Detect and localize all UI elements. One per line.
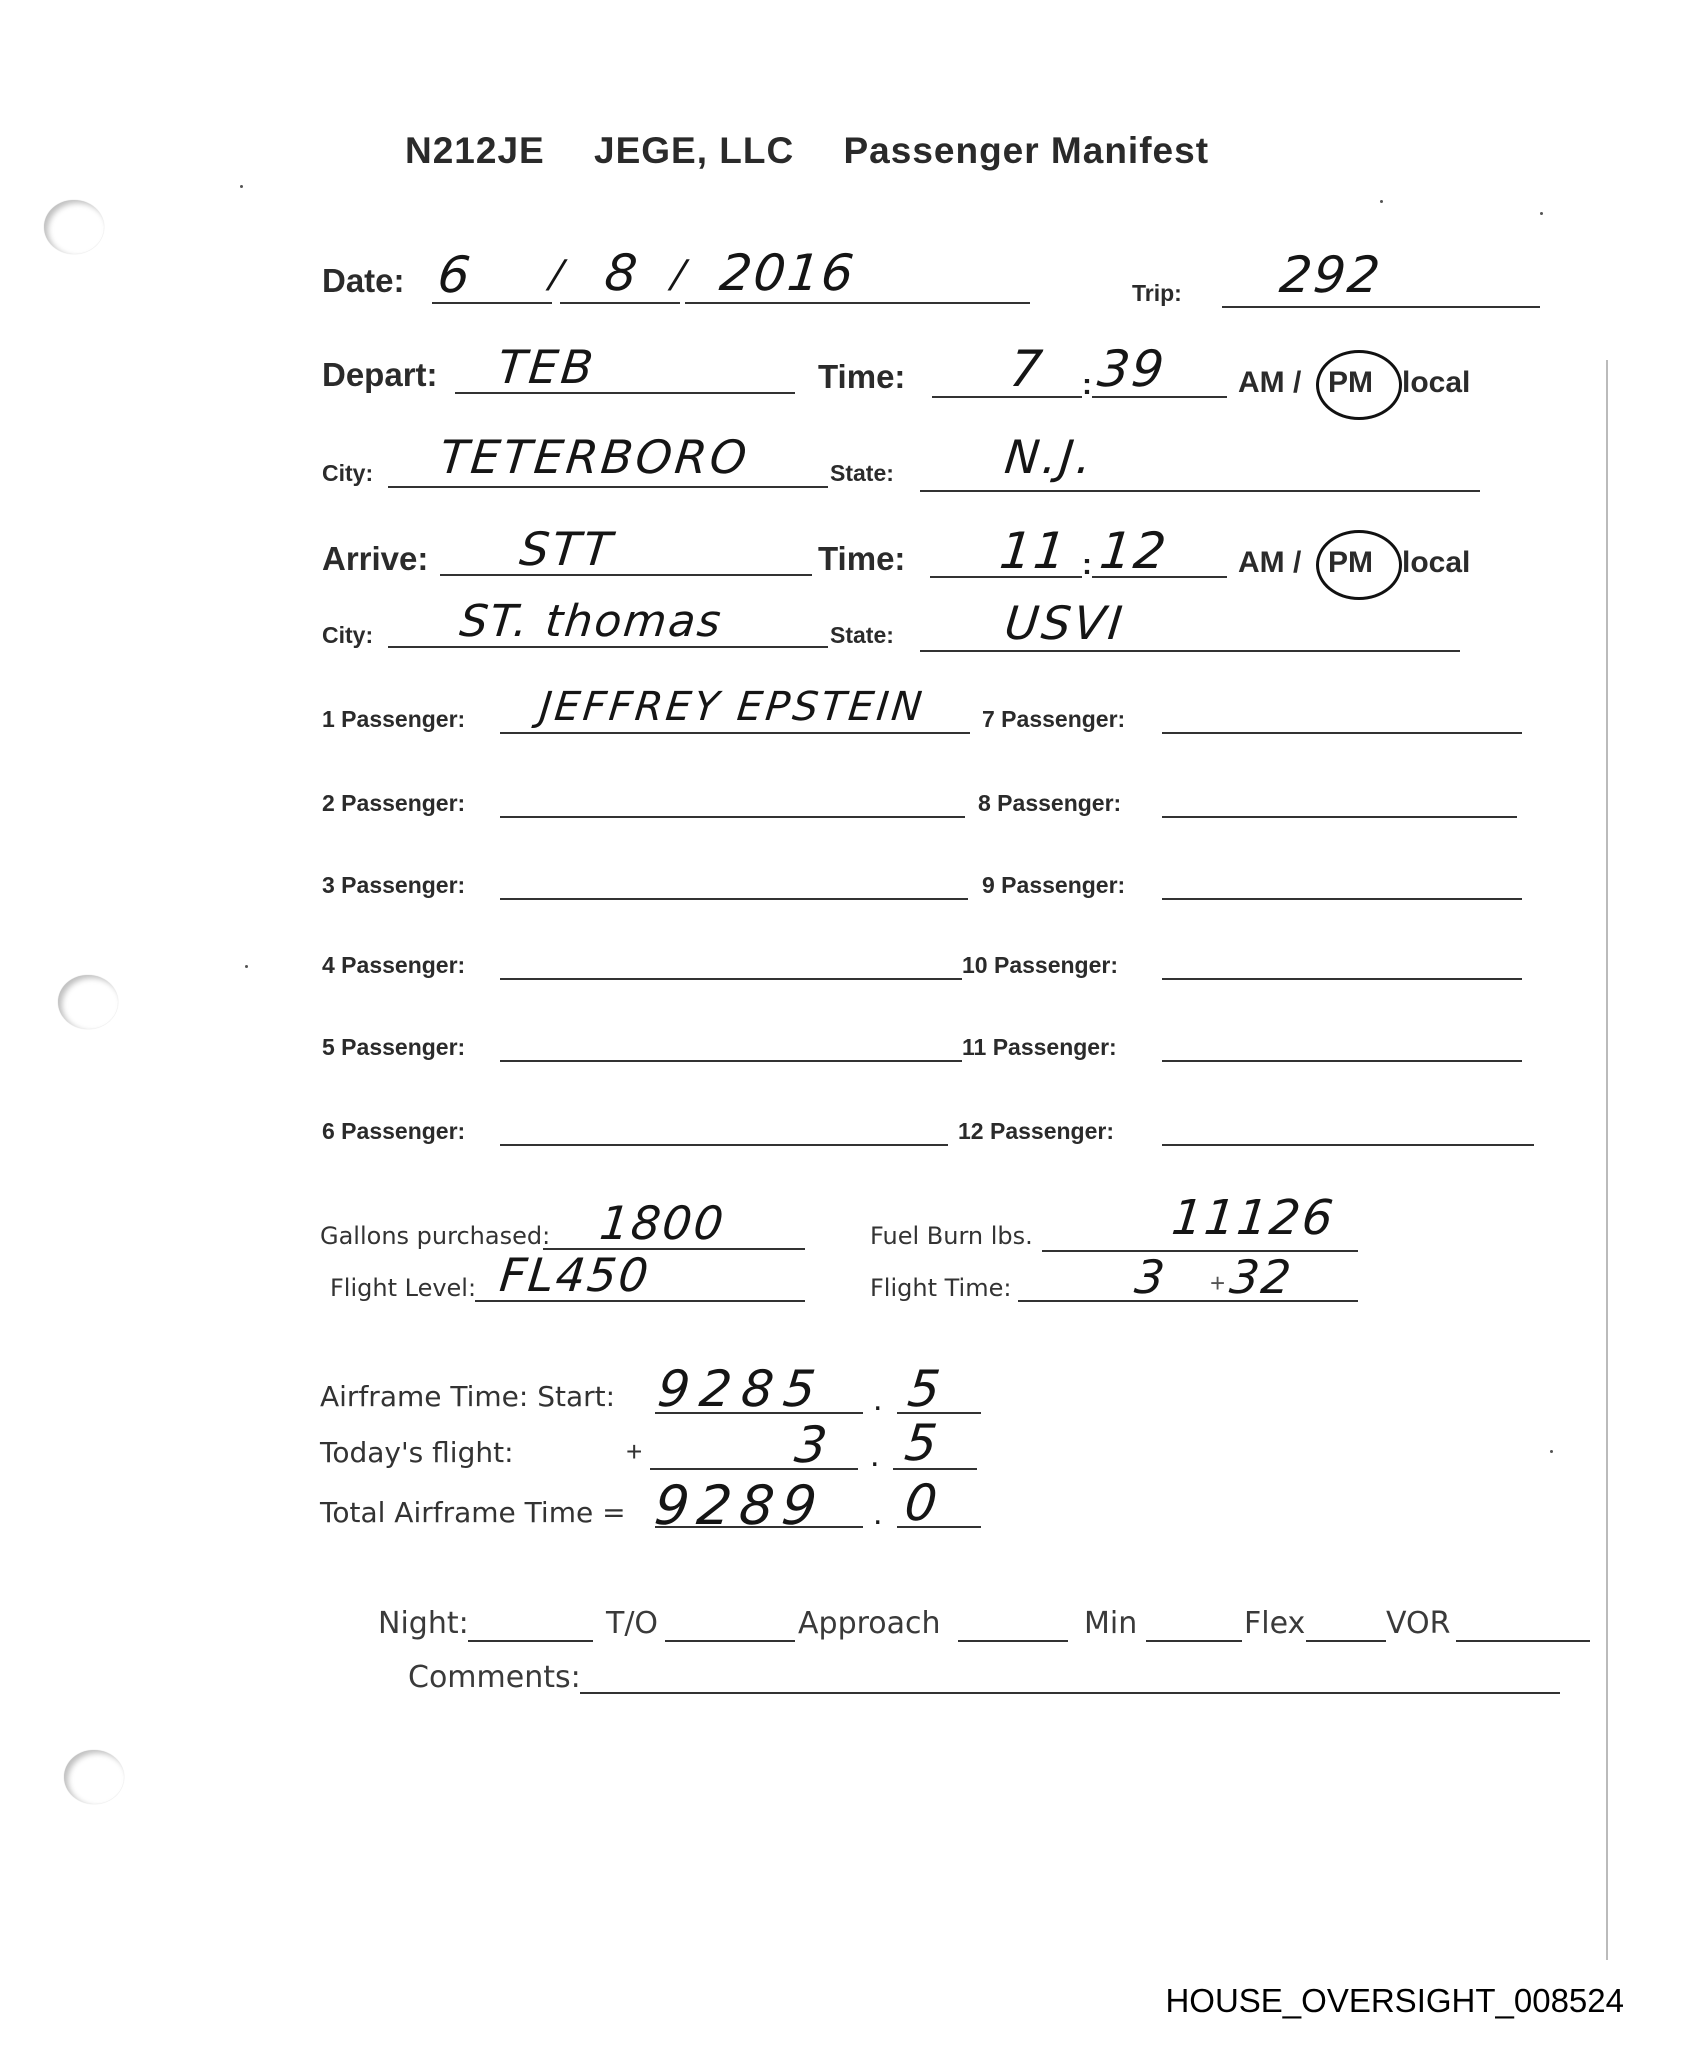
- date-sep-1: /: [548, 252, 567, 296]
- depart-minute-value: 39: [1095, 340, 1169, 398]
- bates-number: HOUSE_OVERSIGHT_008524: [1165, 1982, 1624, 2020]
- passenger-7-field[interactable]: [1162, 732, 1522, 734]
- flex-label: Flex: [1244, 1606, 1305, 1641]
- flight-level-value: FL450: [497, 1248, 653, 1302]
- scan-speck: [1540, 212, 1543, 215]
- passenger-12-label: 12 Passenger:: [958, 1118, 1114, 1145]
- form-header: N212JE JEGE, LLC Passenger Manifest: [405, 130, 1209, 172]
- arrive-state-value: USVI: [1002, 596, 1128, 650]
- fuel-burn-line[interactable]: [1042, 1250, 1358, 1252]
- total-airframe-label: Total Airframe Time =: [320, 1496, 626, 1529]
- vor-label: VOR: [1386, 1606, 1450, 1641]
- todays-flight-label: Today's flight:: [320, 1436, 514, 1469]
- passenger-11-label: 11 Passenger:: [962, 1034, 1117, 1061]
- fuel-burn-label: Fuel Burn lbs.: [870, 1222, 1033, 1250]
- passenger-10-label: 10 Passenger:: [962, 952, 1118, 979]
- tail-number: N212JE: [405, 130, 545, 171]
- arrive-local-label: local: [1402, 546, 1470, 580]
- company-name: JEGE, LLC: [594, 130, 794, 171]
- scan-speck: [240, 185, 243, 188]
- form-title: Passenger Manifest: [843, 130, 1209, 171]
- min-line[interactable]: [1146, 1640, 1242, 1642]
- fuel-burn-value: 11126: [1169, 1190, 1338, 1246]
- takeoff-label: T/O: [606, 1606, 658, 1641]
- trip-line[interactable]: [1222, 306, 1540, 308]
- depart-value: TEB: [495, 340, 598, 394]
- depart-state-value: N.J.: [1002, 430, 1097, 484]
- gallons-purchased-value: 1800: [597, 1196, 728, 1250]
- flight-level-label: Flight Level:: [330, 1274, 476, 1302]
- trip-label: Trip:: [1132, 280, 1182, 307]
- date-label: Date:: [322, 262, 405, 300]
- airframe-start-whole-value: 9285: [655, 1360, 828, 1418]
- passenger-9-field[interactable]: [1162, 898, 1522, 900]
- airframe-start-label: Airframe Time: Start:: [320, 1380, 615, 1413]
- todays-flight-plus: +: [626, 1436, 642, 1468]
- arrive-hour-value: 11: [997, 522, 1071, 580]
- passenger-6-field[interactable]: [500, 1144, 948, 1146]
- passenger-11-field[interactable]: [1162, 1060, 1522, 1062]
- depart-pm-selected-circle: [1316, 350, 1402, 420]
- depart-state-line[interactable]: [920, 490, 1480, 492]
- passenger-5-field[interactable]: [500, 1060, 962, 1062]
- takeoff-line[interactable]: [665, 1640, 795, 1642]
- scan-speck: [1380, 200, 1383, 203]
- passenger-7-label: 7 Passenger:: [982, 706, 1125, 733]
- passenger-12-field[interactable]: [1162, 1144, 1534, 1146]
- arrive-label: Arrive:: [322, 540, 428, 578]
- passenger-4-field[interactable]: [500, 978, 962, 980]
- flight-time-hours: 3: [1132, 1250, 1169, 1304]
- airframe-start-decimal: .: [873, 1380, 882, 1419]
- gallons-purchased-label: Gallons purchased:: [320, 1222, 550, 1250]
- passenger-1-label: 1 Passenger:: [322, 706, 465, 733]
- todays-flight-whole-line[interactable]: [650, 1468, 858, 1470]
- arrive-value: STT: [517, 522, 617, 576]
- depart-city-line[interactable]: [388, 486, 828, 488]
- total-airframe-decimal: .: [873, 1494, 882, 1533]
- approach-label: Approach: [798, 1606, 941, 1641]
- passenger-1-value: JEFFREY EPSTEIN: [538, 684, 927, 730]
- arrive-city-label: City:: [322, 622, 373, 649]
- total-airframe-tenth-value: 0: [902, 1474, 942, 1532]
- flight-time-line[interactable]: [1018, 1300, 1358, 1302]
- scan-edge-mark: [1606, 360, 1608, 1960]
- depart-label: Depart:: [322, 356, 438, 394]
- arrive-am-label[interactable]: AM /: [1238, 546, 1301, 580]
- arrive-state-line[interactable]: [920, 650, 1460, 652]
- flight-time-separator: +: [1210, 1268, 1225, 1299]
- passenger-8-field[interactable]: [1162, 816, 1517, 818]
- passenger-5-label: 5 Passenger:: [322, 1034, 465, 1061]
- time-colon: :: [1082, 548, 1092, 582]
- min-label: Min: [1084, 1606, 1137, 1641]
- arrive-time-label: Time:: [818, 540, 905, 578]
- passenger-2-label: 2 Passenger:: [322, 790, 465, 817]
- flight-time-label: Flight Time:: [870, 1274, 1011, 1302]
- airframe-start-tenth-value: 5: [905, 1360, 945, 1418]
- arrive-line[interactable]: [440, 574, 812, 576]
- depart-city-label: City:: [322, 460, 373, 487]
- passenger-10-field[interactable]: [1162, 978, 1522, 980]
- date-day-line[interactable]: [560, 302, 680, 304]
- scan-speck: [245, 965, 248, 968]
- depart-time-label: Time:: [818, 358, 905, 396]
- night-line[interactable]: [468, 1640, 593, 1642]
- todays-flight-decimal: .: [870, 1436, 879, 1475]
- depart-local-label: local: [1402, 366, 1470, 400]
- passenger-1-field[interactable]: [500, 732, 970, 734]
- vor-line[interactable]: [1456, 1640, 1590, 1642]
- trip-value: 292: [1277, 246, 1385, 304]
- date-year-value: 2016: [717, 244, 858, 302]
- passenger-2-field[interactable]: [500, 816, 965, 818]
- date-month-value: 6: [435, 246, 475, 304]
- total-airframe-whole-value: 9289: [652, 1474, 828, 1537]
- arrive-minute-value: 12: [1097, 522, 1171, 580]
- night-label: Night:: [378, 1606, 469, 1641]
- arrive-pm-selected-circle: [1316, 530, 1402, 600]
- binder-hole-top: [44, 200, 104, 254]
- approach-line[interactable]: [958, 1640, 1068, 1642]
- passenger-9-label: 9 Passenger:: [982, 872, 1125, 899]
- arrive-city-value: ST. thomas: [457, 596, 725, 647]
- binder-hole-bottom: [64, 1750, 124, 1804]
- scan-speck: [1550, 1450, 1553, 1453]
- date-day-value: 8: [602, 244, 642, 302]
- date-sep-2: /: [670, 252, 689, 296]
- time-colon: :: [1082, 368, 1092, 402]
- comments-line[interactable]: [580, 1692, 1560, 1694]
- depart-hour-value: 7: [1007, 340, 1047, 398]
- todays-flight-whole-value: 3: [792, 1416, 832, 1474]
- todays-flight-tenth-value: 5: [902, 1414, 942, 1472]
- depart-city-value: TETERBORO: [437, 430, 752, 484]
- passenger-3-field[interactable]: [500, 898, 968, 900]
- binder-hole-middle: [58, 975, 118, 1029]
- flight-time-minutes: 32: [1227, 1250, 1295, 1304]
- depart-am-label: AM /: [1238, 366, 1301, 400]
- comments-label: Comments:: [408, 1660, 581, 1695]
- passenger-4-label: 4 Passenger:: [322, 952, 465, 979]
- passenger-6-label: 6 Passenger:: [322, 1118, 465, 1145]
- passenger-3-label: 3 Passenger:: [322, 872, 465, 899]
- arrive-state-label: State:: [830, 622, 894, 649]
- depart-state-label: State:: [830, 460, 894, 487]
- passenger-8-label: 8 Passenger:: [978, 790, 1121, 817]
- flex-line[interactable]: [1306, 1640, 1386, 1642]
- date-year-line[interactable]: [685, 302, 1030, 304]
